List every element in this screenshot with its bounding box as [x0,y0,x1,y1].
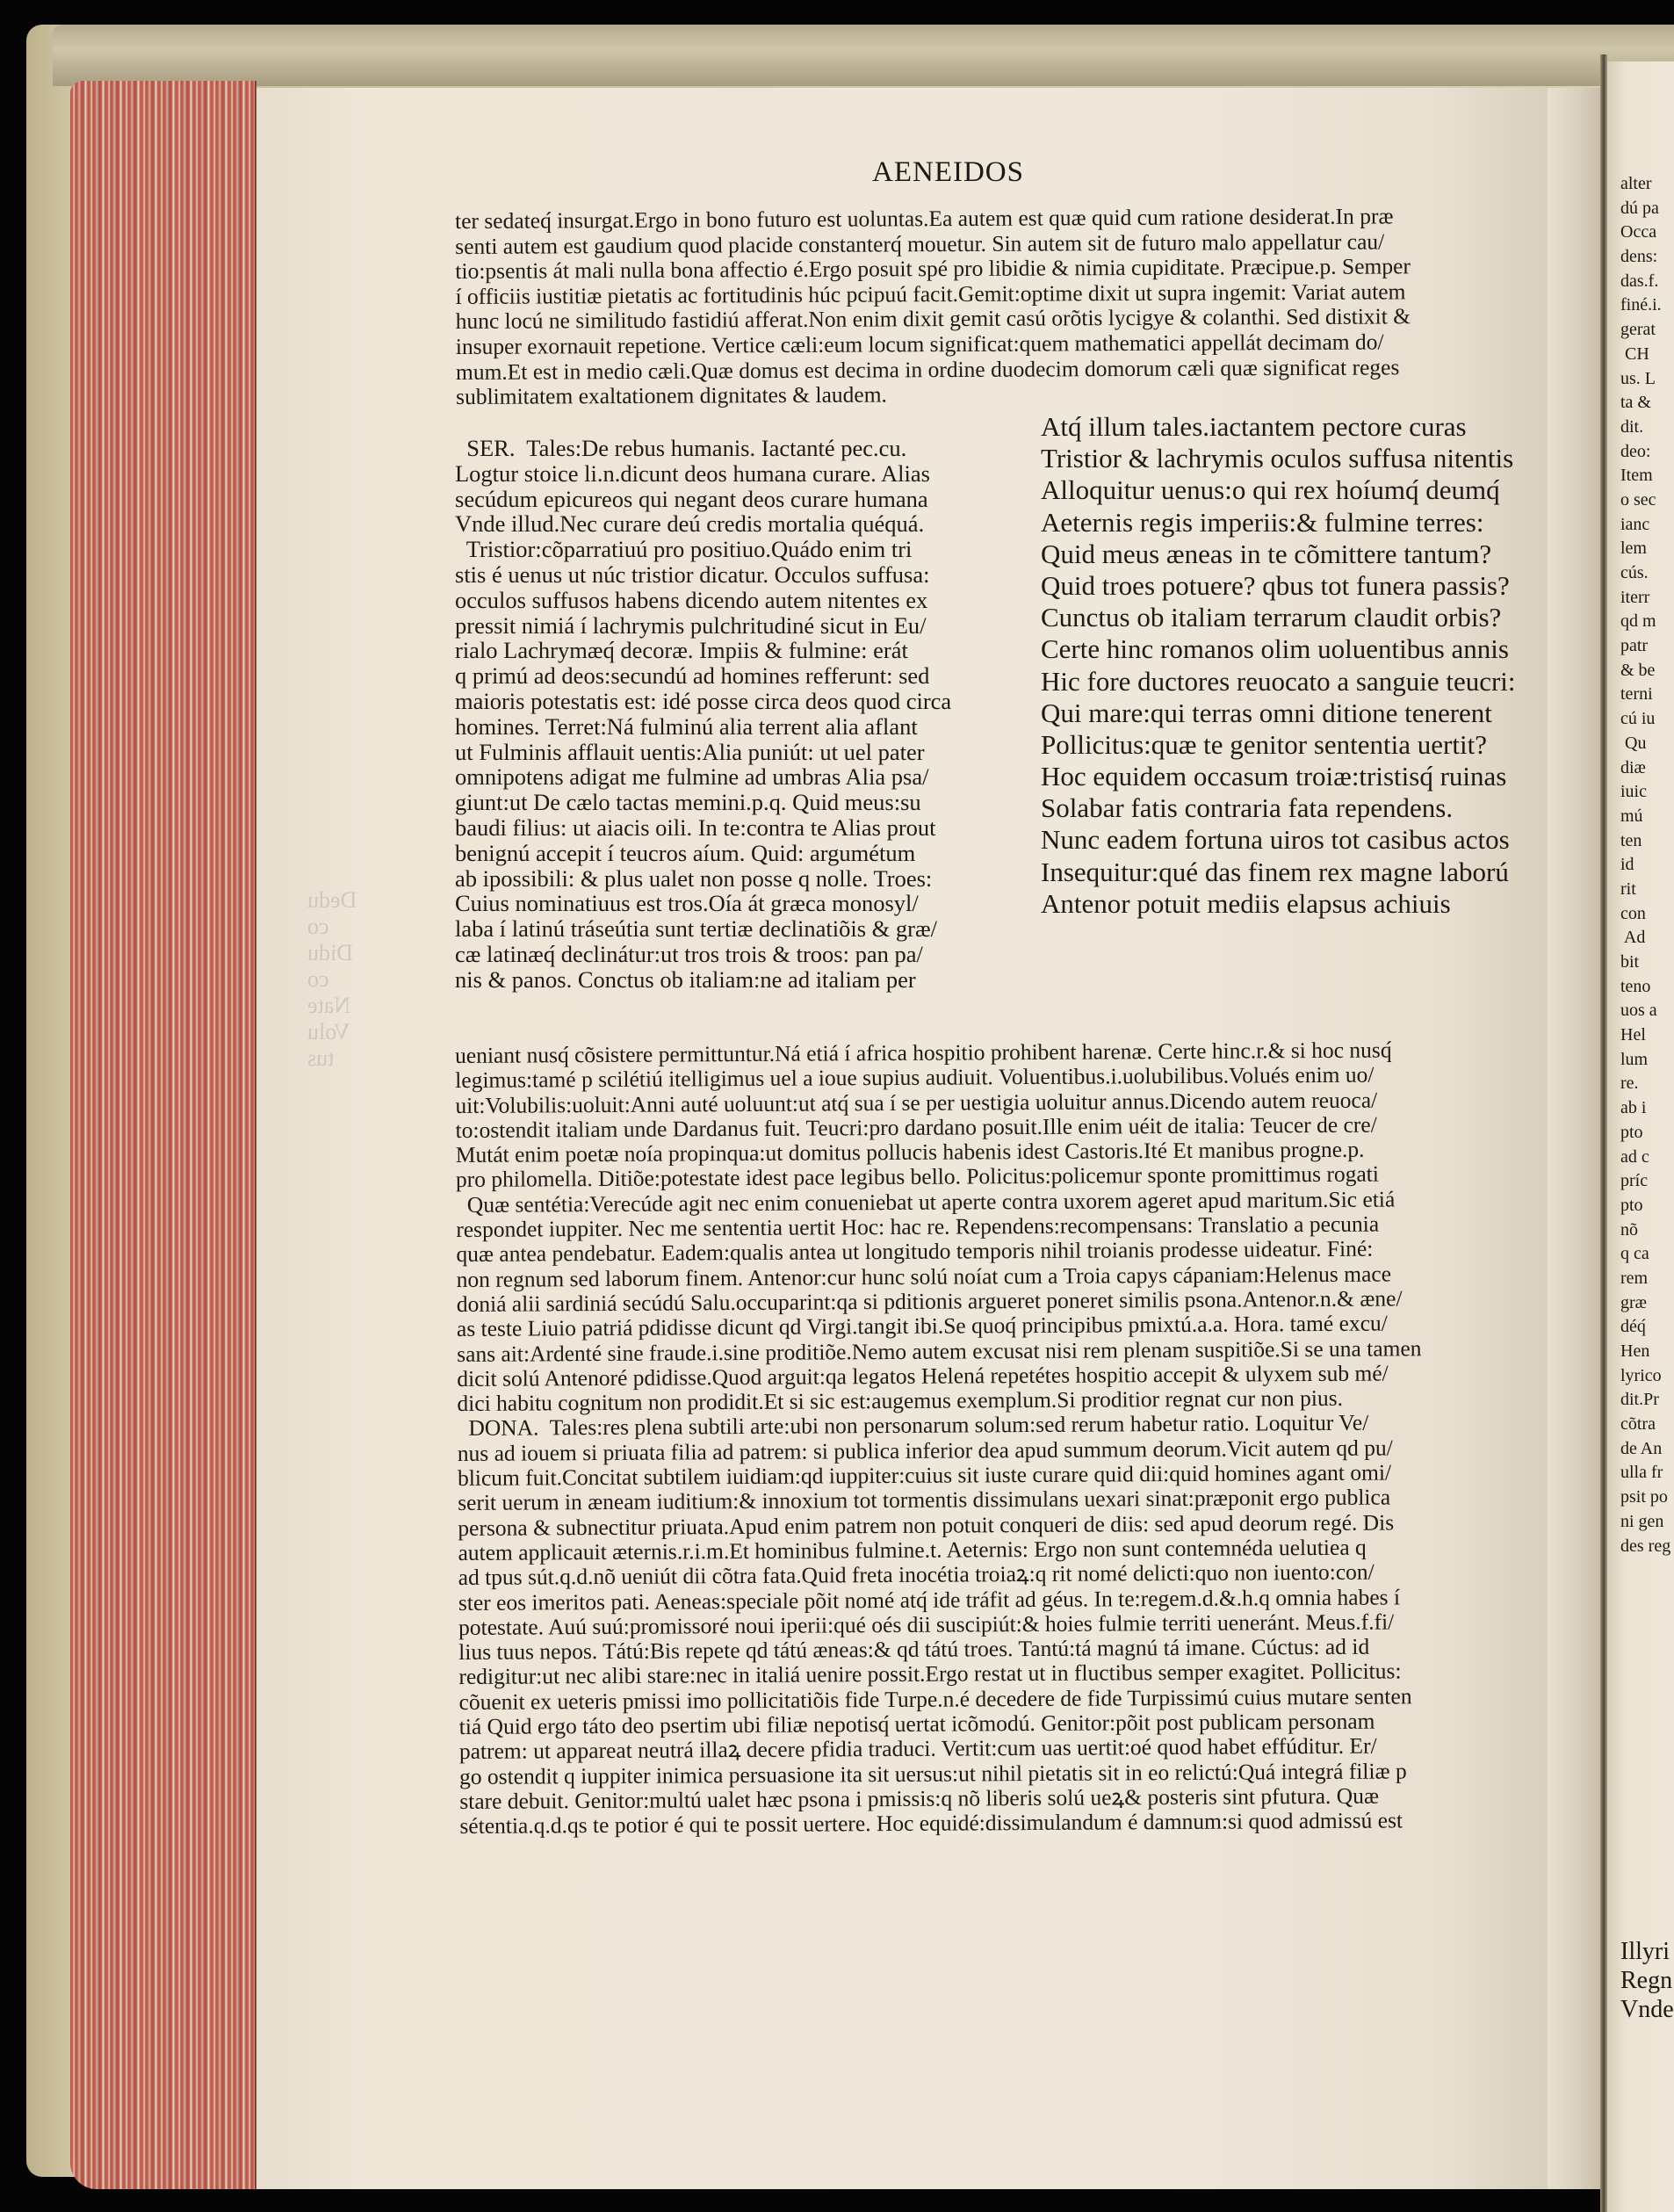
text-line: secúdum epicureos qui negant deos curare… [455,487,1035,512]
text-line: Logtur stoice li.n.dicunt deos humana cu… [455,461,1035,487]
text-line: laba í latinú tráseútia sunt tertiæ decl… [455,916,1035,942]
text-line: nis & panos. Conctus ob italiam:ne ad it… [455,967,1035,993]
verse-line: Quid meus æneas in te cõmittere tantum? [1041,539,1603,570]
text-line: q primú ad deos:secundú ad homines reffe… [455,663,1035,689]
verse-line: Certe hinc romanos olim uoluentibus anni… [1041,633,1603,665]
verse-line: Tristior & lachrymis oculos suffusa nite… [1041,443,1603,474]
text-line: SER. Tales:De rebus humanis. Iactanté pe… [455,436,1035,461]
text-line: Vnde illud.Nec curare deú credis mortali… [455,511,1035,537]
text-line: ab ipossibili: & plus ualet non posse q … [455,866,1035,892]
verse-line: Hic fore ductores reuocato a sanguie teu… [1041,666,1603,698]
text-line: pressit nimiá í lachrymis pulchritudiné … [455,613,1035,639]
verse-line: Quid troes potuere? qbus tot funera pass… [1041,570,1603,602]
verse-line: Solabar fatis contraria fata rependens. [1041,792,1603,824]
text-line: homines. Terret:Ná fulminú alia terrent … [455,714,1035,740]
text-line: omnipotens adigat me fulmine ad umbras A… [455,764,1035,790]
commentary-top: ter sedateq́ insurgat.Ergo in bono futur… [455,203,1606,410]
right-page-fragments: alter dú pa Occa dens: das.f. finé.i. ge… [1620,172,1674,1558]
verse-line: Cunctus ob italiam terrarum claudit orbi… [1041,602,1603,633]
text-line: Cuius nominatiuus est tros.Oía át græca … [455,891,1035,916]
right-page-verse-fragments: Illyri Regn Vnde [1620,1937,1674,2024]
text-line: baudi filius: ut aiacis oili. In te:cont… [455,815,1035,841]
text-line: benignú accepit í teucros aíum. Quid: ar… [455,841,1035,866]
text-line: occulos suffusos habens dicendo autem ni… [455,588,1035,613]
text-line: stis é uenus ut núc tristior dicatur. Oc… [455,562,1035,588]
verse-line: Alloquitur uenus:o qui rex hoíumq́ deumq… [1041,474,1603,506]
text-line: cæ latinæq́ declinátur:ut tros trois & t… [455,942,1035,967]
verse-line: Antenor potuit mediis elapsus achiuis [1041,888,1603,920]
text-line: maioris potestatis est: idé posse circa … [455,689,1035,714]
show-through-text: Dedu co Didu co Nate Volu tus [307,887,430,1072]
verse-line: Pollicitus:quæ te genitor sententia uert… [1041,729,1603,761]
commentary-bottom: ueniant nusq́ cõsistere permittuntur.Ná … [455,1037,1611,1839]
verse-line: Insequitur:qué das finem rex magne labor… [1041,857,1603,888]
text-line: Tristior:cõparratiuú pro positiuo.Quádo … [455,537,1035,562]
text-line: rialo Lachrymæq́ decoræ. Impiis & fulmin… [455,638,1035,663]
binding-headcap [53,25,1674,86]
verse-line: Aeternis regis imperiis:& fulmine terres… [1041,507,1603,539]
running-head: AENEIDOS [872,156,1024,189]
verse-line: Qui mare:qui terras omni ditione teneren… [1041,698,1603,729]
verse-line: Hoc equidem occasum troiæ:tristisq́ ruin… [1041,761,1603,792]
text-line: ut Fulminis afflauit uentis:Alia puniút:… [455,740,1035,765]
red-stained-fore-edge [70,81,256,2189]
text-line: giunt:ut De cælo tactas memini.p.q. Quid… [455,790,1035,815]
verse-line: Atq́ illum tales.iactantem pectore curas [1041,411,1603,443]
commentary-left-column: SER. Tales:De rebus humanis. Iactanté pe… [455,436,1035,993]
verse-line: Nunc eadem fortuna uiros tot casibus act… [1041,824,1603,856]
verse-column: Atq́ illum tales.iactantem pectore curas… [1041,411,1603,920]
